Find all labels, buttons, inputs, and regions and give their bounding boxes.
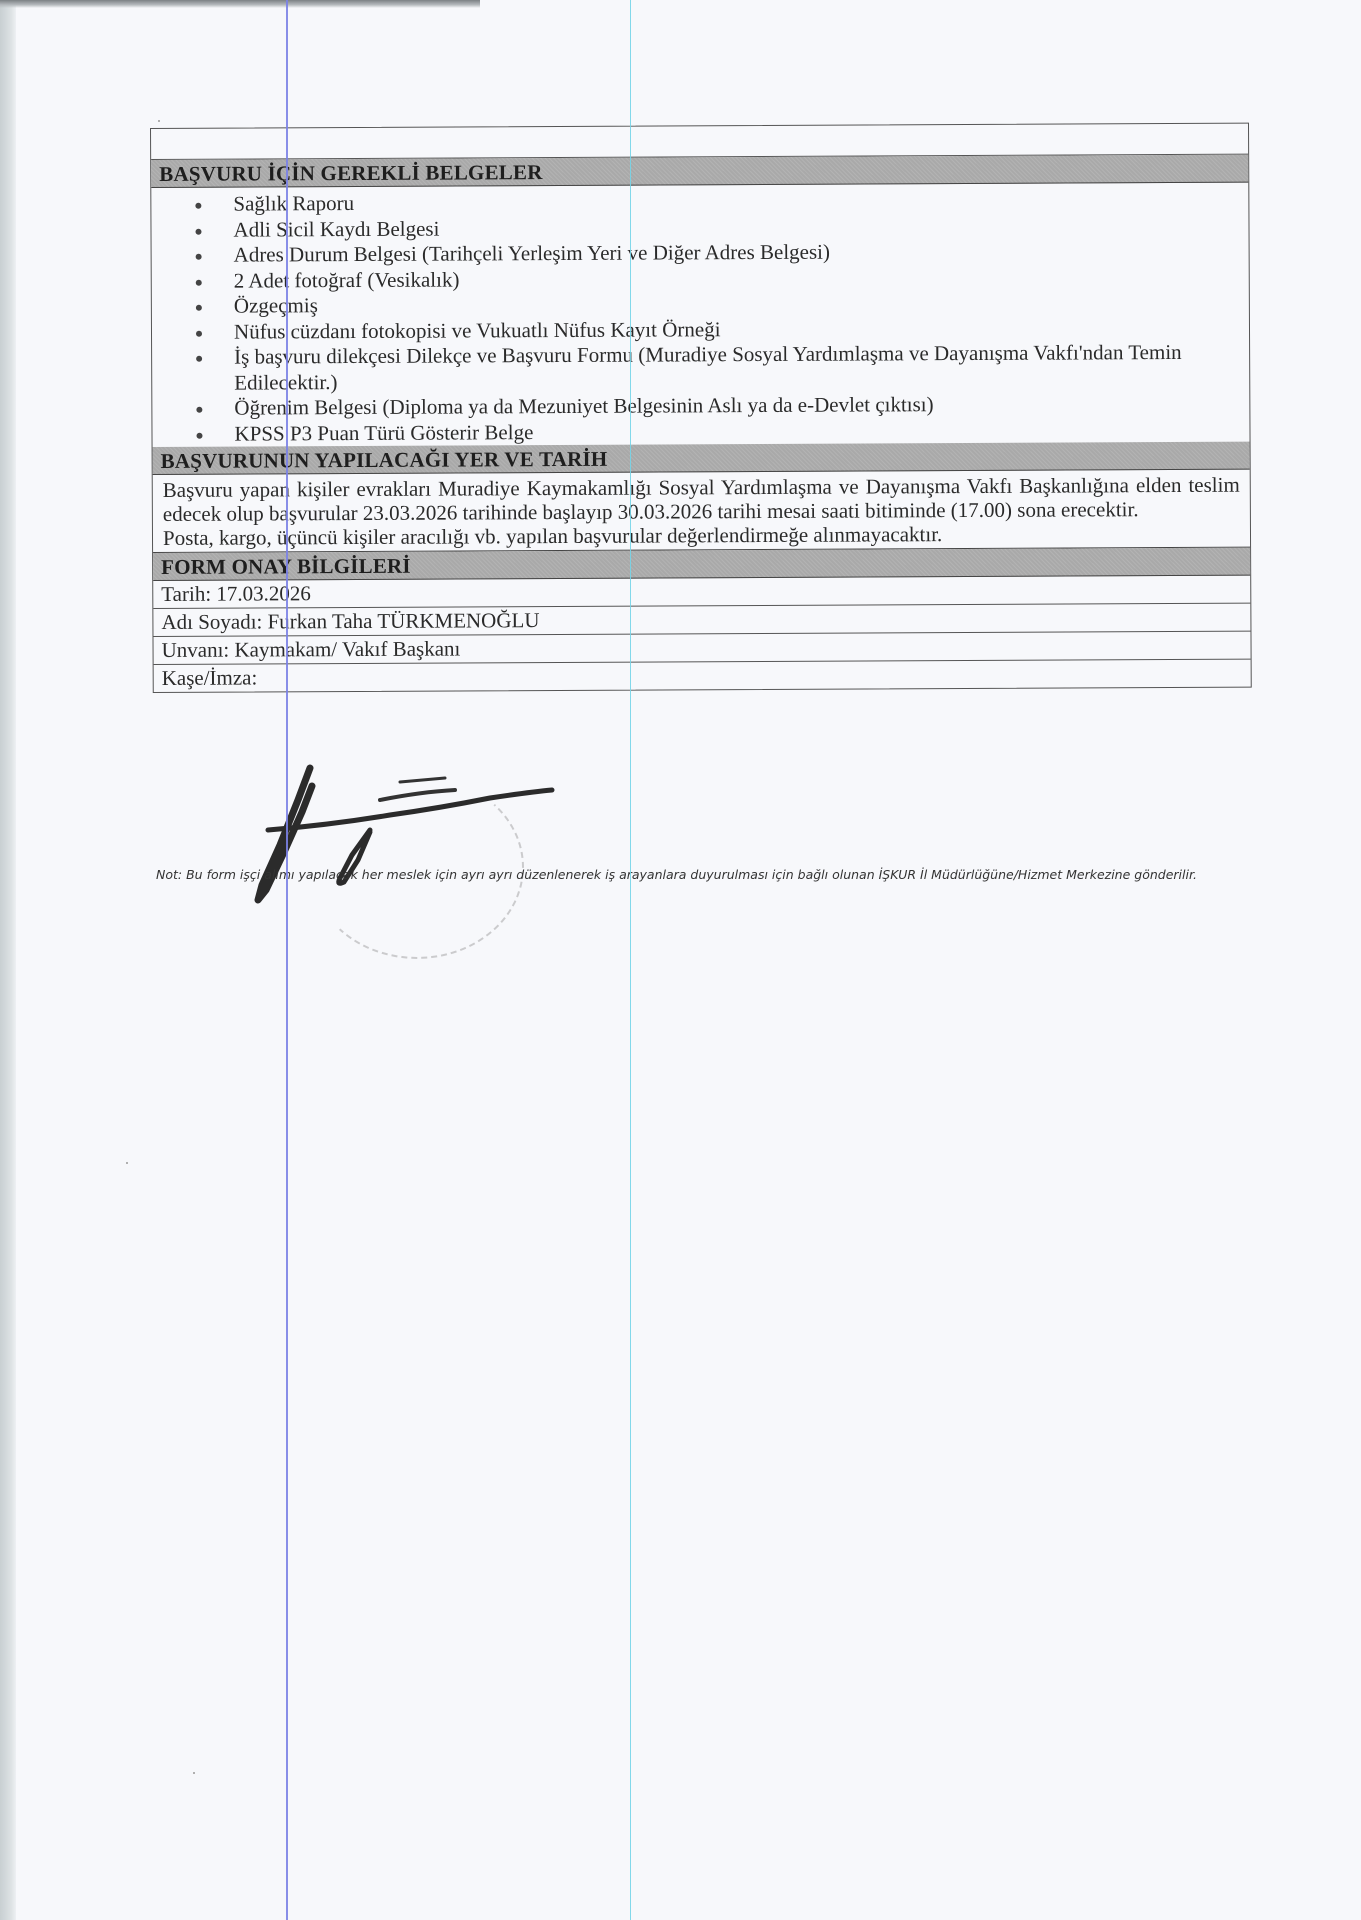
scan-speck	[126, 1162, 128, 1164]
bullet-icon	[195, 228, 201, 234]
guide-line-cyan	[630, 0, 631, 1920]
scan-speck	[158, 120, 160, 122]
bullet-icon	[196, 330, 202, 336]
list-item: KPSS P3 Puan Türü Gösterir Belge	[152, 416, 1249, 447]
bullet-icon	[195, 203, 201, 209]
application-restrictions: Posta, kargo, üçüncü kişiler aracılığı v…	[163, 521, 1240, 550]
bullet-icon	[196, 254, 202, 260]
bullet-icon	[196, 407, 202, 413]
required-documents-list: Sağlık Raporu Adli Sicil Kaydı Belgesi A…	[151, 183, 1249, 447]
footer-note: Not: Bu form işçi alımı yapılacak her me…	[156, 866, 1266, 884]
application-place-date-body: Başvuru yapan kişiler evrakları Muradiye…	[153, 470, 1250, 553]
application-instructions: Başvuru yapan kişiler evrakları Muradiye…	[163, 473, 1240, 526]
guide-line-blue	[286, 0, 288, 1920]
scan-edge	[0, 0, 16, 1920]
note-text: Bu form işçi alımı yapılacak her meslek …	[186, 867, 1197, 882]
bullet-icon	[196, 305, 202, 311]
note-label: Not:	[156, 867, 182, 882]
scan-shadow	[0, 0, 480, 8]
bullet-icon	[196, 432, 202, 438]
bullet-icon	[196, 356, 202, 362]
list-item: İş başvuru dilekçesi Dilekçe ve Başvuru …	[152, 340, 1249, 396]
scan-speck	[193, 1772, 195, 1774]
approval-stamp-signature: Kaşe/İmza:	[154, 660, 1251, 692]
form-table: BAŞVURU İÇİN GEREKLİ BELGELER Sağlık Rap…	[150, 123, 1252, 693]
bullet-icon	[196, 279, 202, 285]
